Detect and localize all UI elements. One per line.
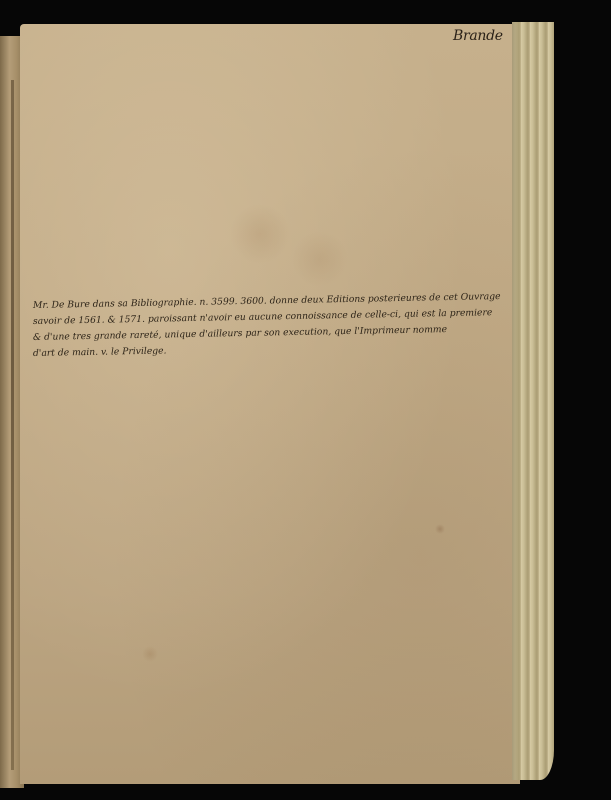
fore-edge-shadow xyxy=(512,22,518,780)
gutter-fold xyxy=(11,80,14,770)
page-fore-edge xyxy=(512,22,554,780)
handwritten-annotation: Mr. De Bure dans sa Bibliographie. n. 35… xyxy=(33,298,519,362)
catchword: Brande xyxy=(453,28,503,44)
page xyxy=(20,24,520,784)
